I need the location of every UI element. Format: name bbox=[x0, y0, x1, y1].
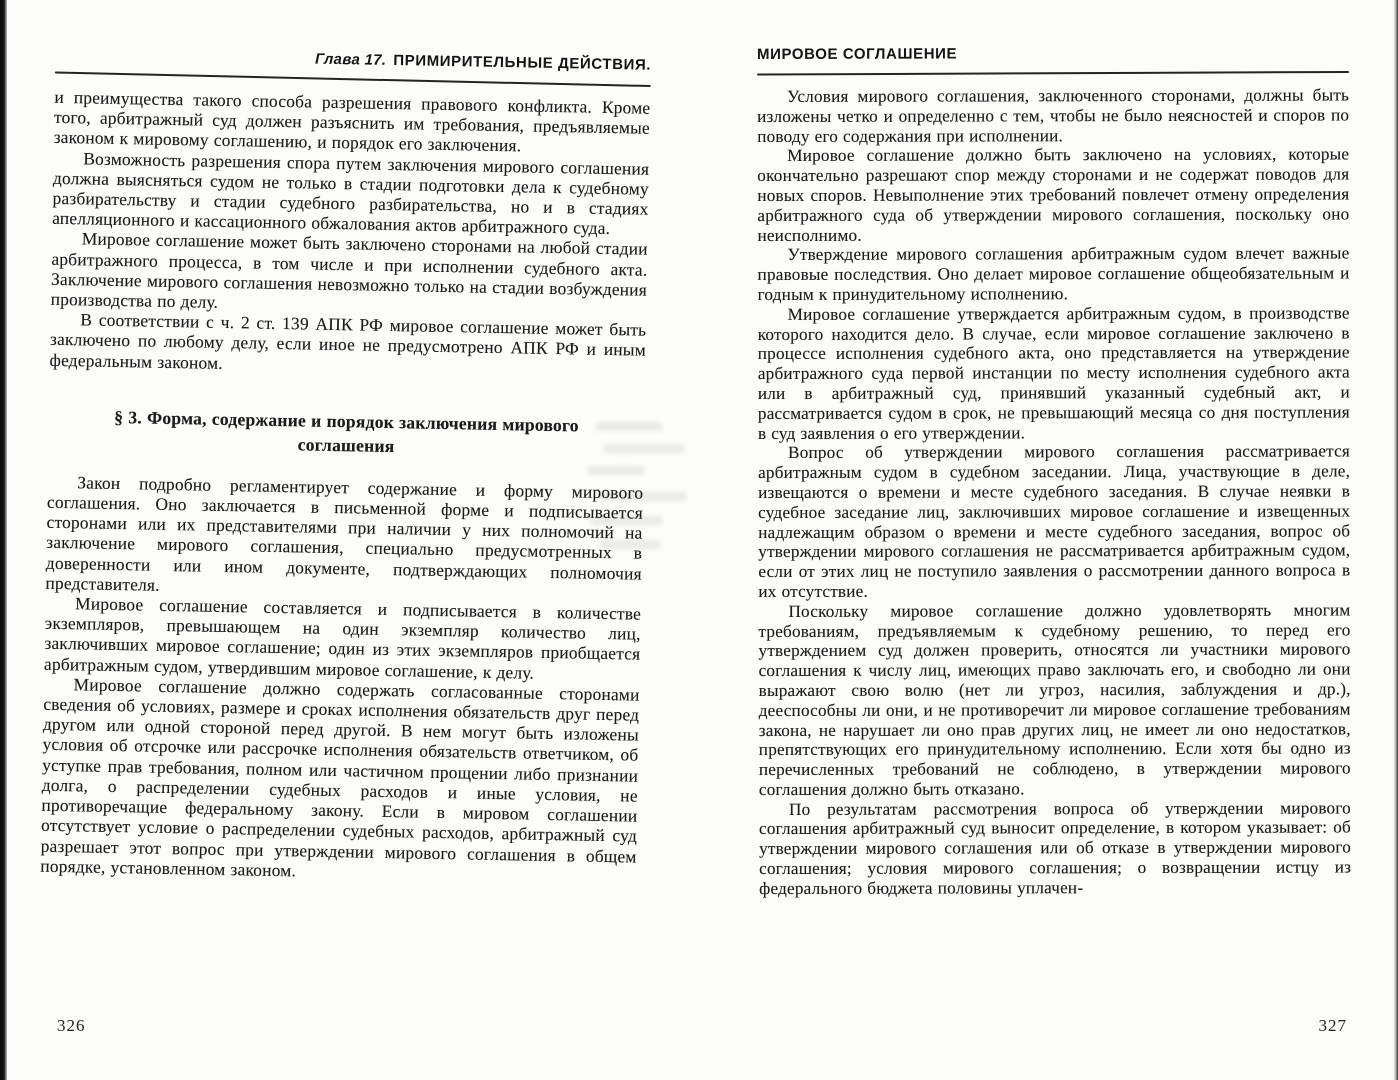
page-number-left: 326 bbox=[57, 1016, 86, 1036]
paragraph: Мировое соглашение должно быть заключено… bbox=[757, 145, 1349, 246]
running-head-rule bbox=[757, 71, 1349, 76]
paragraph: Утверждение мирового соглашения арбитраж… bbox=[757, 244, 1349, 305]
scan-edge-left bbox=[0, 0, 7, 1080]
paragraph: Вопрос об утверждении мирового соглашени… bbox=[758, 442, 1350, 602]
running-head-right: МИРОВОЕ СОГЛАШЕНИЕ bbox=[757, 44, 1349, 68]
running-head-chapter-title: ПРИМИРИТЕЛЬНЫЕ ДЕЙСТВИЯ. bbox=[393, 52, 651, 74]
paragraph: Возможность разрешения спора путем заклю… bbox=[52, 147, 649, 239]
book-scan: Глава 17.ПРИМИРИТЕЛЬНЫЕ ДЕЙСТВИЯ. и преи… bbox=[0, 0, 1398, 1080]
paragraph: Поскольку мировое соглашение должно удов… bbox=[758, 600, 1351, 800]
page-right: МИРОВОЕ СОГЛАШЕНИЕ Условия мирового согл… bbox=[757, 44, 1351, 898]
paragraph: Мировое соглашение составляется и подпис… bbox=[44, 593, 641, 685]
paragraph: Мировое соглашение утверждается арбитраж… bbox=[758, 303, 1350, 443]
paragraph: Условия мирового соглашения, заключенног… bbox=[757, 85, 1349, 146]
page-number-right: 327 bbox=[757, 1016, 1347, 1036]
page-body: Условия мирового соглашения, заключенног… bbox=[757, 85, 1351, 898]
paragraph: Мировое соглашение может быть заключено … bbox=[51, 228, 648, 320]
section-heading: § 3. Форма, содержание и порядок заключе… bbox=[107, 405, 586, 462]
page-left: Глава 17.ПРИМИРИТЕЛЬНЫЕ ДЕЙСТВИЯ. и преи… bbox=[40, 46, 651, 887]
paragraph: В соответствии с ч. 2 ст. 139 АПК РФ мир… bbox=[49, 309, 646, 381]
scan-edge-right bbox=[1393, 0, 1398, 1080]
page-body: и преимущества такого способа разрешения… bbox=[40, 87, 650, 887]
running-head-section-title: МИРОВОЕ СОГЛАШЕНИЕ bbox=[757, 46, 957, 64]
paragraph: и преимущества такого способа разрешения… bbox=[54, 87, 651, 159]
paragraph: По результатам рассмотрения вопроса об у… bbox=[759, 798, 1351, 899]
running-head-chapter-label: Глава 17. bbox=[315, 51, 387, 69]
paragraph: Мировое соглашение должно содержать согл… bbox=[40, 674, 640, 887]
paragraph: Закон подробно регламентирует содержание… bbox=[45, 472, 643, 604]
